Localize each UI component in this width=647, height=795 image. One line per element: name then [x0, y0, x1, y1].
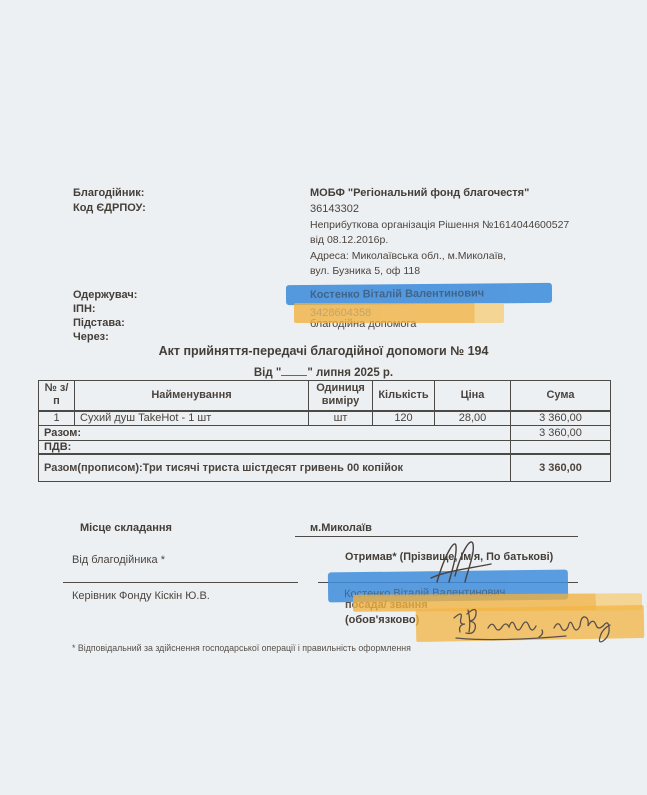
total-words-row: Разом(прописом):Три тисячі триста шістде… — [39, 454, 611, 481]
yellow-highlight-ipn: 3428604358 — [294, 303, 504, 323]
address-line2: вул. Бузника 5, оф 118 — [310, 264, 420, 279]
recipient-label: Одержувач: — [73, 288, 137, 302]
edrpou-label: Код ЄДРПОУ: — [73, 201, 146, 215]
total-value: 3 360,00 — [511, 426, 611, 441]
total-words-value: 3 360,00 — [511, 454, 611, 481]
handwritten-signature — [425, 536, 505, 588]
col-header-name: Найменування — [75, 381, 309, 411]
item-price: 28,00 — [435, 411, 511, 426]
from-donor-label: Від благодійника * — [72, 553, 165, 567]
item-num: 1 — [39, 411, 75, 426]
address-line1: Адреса: Миколаївська обл., м.Миколаїв, — [310, 249, 506, 264]
items-table: № з/п Найменування Одиниця виміру Кількі… — [38, 380, 611, 482]
recipient-name-redacted: Костенко Віталій Валентинович — [310, 286, 484, 302]
footnote: * Відповідальний за здійснення господарс… — [72, 643, 411, 653]
place-value: м.Миколаїв — [310, 521, 372, 535]
via-label: Через: — [73, 330, 109, 344]
act-date-line: Від "" липня 2025 р. — [0, 364, 647, 379]
mandatory-label: (обов'язково) — [345, 613, 419, 627]
act-date-suffix: " липня 2025 р. — [307, 367, 393, 379]
blue-highlight-recipient-name: Костенко Віталій Валентинович — [286, 283, 552, 305]
vat-value — [511, 441, 611, 455]
scanned-document-page: Благодійник: Код ЄДРПОУ: МОБФ "Регіональ… — [0, 0, 647, 795]
handwritten-rank-note — [450, 604, 646, 646]
col-header-num: № з/п — [39, 381, 75, 411]
item-name: Сухий душ TakeHot - 1 шт — [75, 411, 309, 426]
item-sum: 3 360,00 — [511, 411, 611, 426]
donor-signature-line — [63, 582, 298, 583]
donor-name: МОБФ "Регіональний фонд благочестя" — [310, 186, 529, 200]
org-status-line2: від 08.12.2016р. — [310, 233, 388, 248]
org-status-line1: Неприбуткова організація Рішення №161404… — [310, 218, 569, 233]
table-header-row: № з/п Найменування Одиниця виміру Кількі… — [39, 381, 611, 411]
vat-label: ПДВ: — [39, 441, 511, 455]
col-header-price: Ціна — [435, 381, 511, 411]
edrpou-value: 36143302 — [310, 202, 359, 216]
vat-row: ПДВ: — [39, 441, 611, 455]
total-words-label: Разом(прописом):Три тисячі триста шістде… — [39, 454, 511, 481]
ipn-label: ІПН: — [73, 302, 96, 316]
act-title: Акт прийняття-передачі благодійної допом… — [0, 344, 647, 358]
total-row: Разом: 3 360,00 — [39, 426, 611, 441]
act-date-prefix: Від " — [254, 367, 281, 379]
col-header-unit: Одиниця виміру — [309, 381, 373, 411]
table-row: 1 Сухий душ TakeHot - 1 шт шт 120 28,00 … — [39, 411, 611, 426]
fund-head-line: Керівник Фонду Кіскін Ю.В. — [72, 589, 210, 603]
donor-label: Благодійник: — [73, 186, 144, 200]
col-header-sum: Сума — [511, 381, 611, 411]
items-table-wrapper: № з/п Найменування Одиниця виміру Кількі… — [38, 380, 611, 482]
item-qty: 120 — [373, 411, 435, 426]
total-label: Разом: — [39, 426, 511, 441]
col-header-qty: Кількість — [373, 381, 435, 411]
ipn-value-redacted: 3428604358 — [310, 306, 371, 320]
item-unit: шт — [309, 411, 373, 426]
basis-label: Підстава: — [73, 316, 125, 330]
act-date-blank — [281, 364, 307, 376]
place-label: Місце складання — [80, 521, 172, 535]
